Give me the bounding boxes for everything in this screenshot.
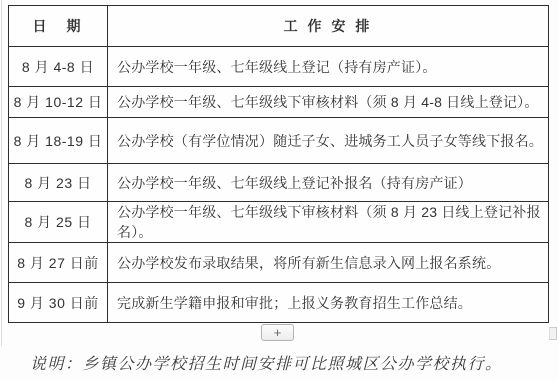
table-row: 8 月 18-19 日 公办学校（有学位情况）随迁子女、进城务工人员子女等线下报…	[9, 118, 549, 164]
page-edge-line	[1, 0, 2, 346]
table-row: 9 月 30 日前 完成新生学籍申报和审批；上报义务教育招生工作总结。	[9, 283, 549, 323]
schedule-table: 日 期 工 作 安 排 8 月 4-8 日 公办学校一年级、七年级线上登记（持有…	[8, 5, 549, 323]
work-cell: 公办学校发布录取结果，将所有新生信息录入网上报名系统。	[108, 243, 549, 283]
table-row: 8 月 4-8 日 公办学校一年级、七年级线上登记（持有房产证）。	[9, 47, 549, 87]
table-row: 8 月 27 日前 公办学校发布录取结果，将所有新生信息录入网上报名系统。	[9, 243, 549, 283]
date-cell: 8 月 27 日前	[9, 243, 108, 283]
header-row: 日 期 工 作 安 排	[9, 6, 549, 47]
date-cell: 8 月 10-12 日	[9, 87, 108, 118]
work-cell: 公办学校一年级、七年级线下审核材料（须 8 月 23 日线上登记补报名）。	[108, 202, 549, 243]
date-cell: 8 月 4-8 日	[9, 47, 108, 87]
table-row: 8 月 25 日 公办学校一年级、七年级线下审核材料（须 8 月 23 日线上登…	[9, 202, 549, 243]
table-row: 8 月 10-12 日 公办学校一年级、七年级线下审核材料（须 8 月 4-8 …	[9, 87, 549, 118]
col-header-date: 日 期	[9, 6, 108, 47]
work-cell: 公办学校一年级、七年级线上登记补报名（持有房产证）	[108, 164, 549, 202]
add-row-button[interactable]: +	[261, 324, 294, 341]
table-row: 8 月 23 日 公办学校一年级、七年级线上登记补报名（持有房产证）	[9, 164, 549, 202]
work-cell: 公办学校（有学位情况）随迁子女、进城务工人员子女等线下报名。	[108, 118, 549, 164]
work-cell: 公办学校一年级、七年级线上登记（持有房产证）。	[108, 47, 549, 87]
date-cell: 9 月 30 日前	[9, 283, 108, 323]
page: 日 期 工 作 安 排 8 月 4-8 日 公办学校一年级、七年级线上登记（持有…	[0, 0, 558, 380]
col-header-work: 工 作 安 排	[108, 6, 549, 47]
work-cell: 完成新生学籍申报和审批；上报义务教育招生工作总结。	[108, 283, 549, 323]
work-cell: 公办学校一年级、七年级线下审核材料（须 8 月 4-8 日线上登记）。	[108, 87, 549, 118]
date-cell: 8 月 18-19 日	[9, 118, 108, 164]
date-cell: 8 月 25 日	[9, 202, 108, 243]
date-cell: 8 月 23 日	[9, 164, 108, 202]
note-text: 说明：乡镇公办学校招生时间安排可比照城区公办学校执行。	[30, 351, 503, 374]
table-resize-handle[interactable]	[549, 327, 557, 340]
